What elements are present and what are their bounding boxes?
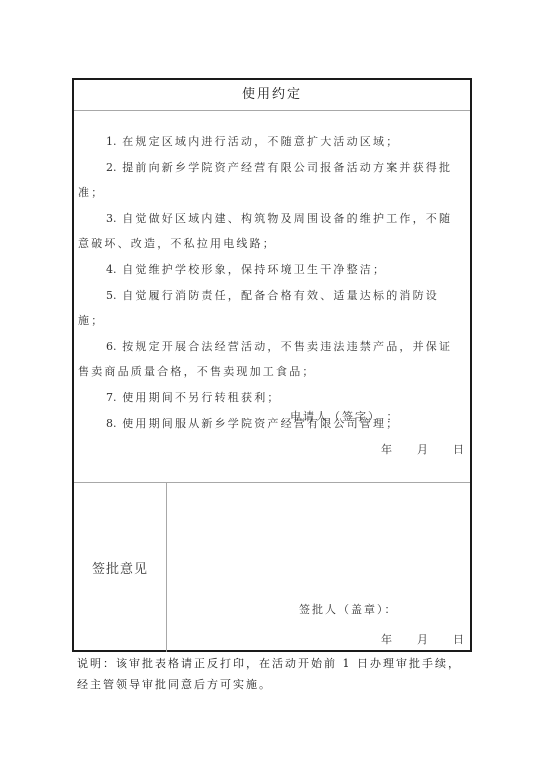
term-item: 2. 提前向新乡学院资产经营有限公司报备活动方案并获得批准；	[78, 155, 462, 206]
term-item: 1. 在规定区域内进行活动，不随意扩大活动区域；	[78, 129, 462, 155]
usage-agreement-form: 使用约定 1. 在规定区域内进行活动，不随意扩大活动区域； 2. 提前向新乡学院…	[72, 78, 472, 652]
term-item: 4. 自觉维护学校形象，保持环境卫生干净整洁；	[78, 257, 462, 283]
date-year: 年	[356, 441, 392, 457]
approver-date: 年 月 日	[356, 631, 464, 647]
date-month: 月	[392, 441, 428, 457]
date-year: 年	[356, 631, 392, 647]
approval-opinion-label: 签批意见	[74, 558, 166, 577]
applicant-signature-label: 申请人（签字） ：	[290, 408, 400, 424]
term-item: 3. 自觉做好区域内建、构筑物及周围设备的维护工作，不随意破坏、改造，不私拉用电…	[78, 206, 462, 257]
terms-list: 1. 在规定区域内进行活动，不随意扩大活动区域； 2. 提前向新乡学院资产经营有…	[74, 129, 470, 436]
term-item: 7. 使用期间不另行转租获利；	[78, 385, 462, 411]
approval-content-cell: 签批人（盖章）： 年 月 日	[167, 483, 470, 652]
term-item: 5. 自觉履行消防责任，配备合格有效、适量达标的消防设施；	[78, 283, 462, 334]
date-month: 月	[392, 631, 428, 647]
approval-label-cell: 签批意见	[74, 483, 167, 652]
term-item: 6. 按规定开展合法经营活动，不售卖违法违禁产品，并保证售卖商品质量合格，不售卖…	[78, 334, 462, 385]
date-day: 日	[428, 631, 464, 647]
date-day: 日	[428, 441, 464, 457]
footer-note: 说明：该审批表格请正反打印，在活动开始前 1 日办理审批手续，经主管领导审批同意…	[77, 653, 473, 695]
term-item: 8. 使用期间服从新乡学院资产经营有限公司管理；	[78, 411, 462, 437]
approver-seal-label: 签批人（盖章）：	[299, 601, 398, 617]
form-title: 使用约定	[74, 80, 470, 111]
applicant-date: 年 月 日	[356, 441, 464, 457]
terms-cell: 1. 在规定区域内进行活动，不随意扩大活动区域； 2. 提前向新乡学院资产经营有…	[74, 111, 470, 483]
